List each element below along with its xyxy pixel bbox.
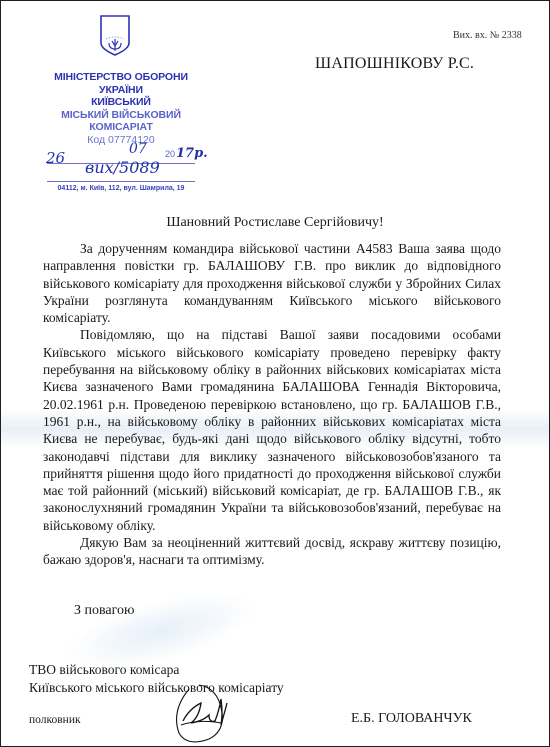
- handwritten-signature-icon: [169, 681, 239, 746]
- date-month: 07: [129, 141, 147, 157]
- salutation: Шановний Ростиславе Сергійовичу!: [1, 215, 549, 231]
- institution-code: Код 07774120: [41, 134, 201, 146]
- signer-title-line: ТВО військового комісара: [29, 661, 284, 679]
- letterhead-line: МІНІСТЕРСТВО ОБОРОНИ: [41, 71, 201, 84]
- signer-title-line: Київського міського військового комісарі…: [29, 679, 284, 697]
- registration-number: вих/5089: [85, 158, 160, 177]
- body-paragraph: За дорученням командира військової части…: [43, 240, 501, 326]
- letterhead-address: 04112, м. Київ, 112, вул. Шамрила, 19: [41, 185, 201, 192]
- letter-page: МІНІСТЕРСТВО ОБОРОНИ УКРАЇНИ КИЇВСЬКИЙ М…: [1, 1, 549, 746]
- letter-body: За дорученням командира військової части…: [43, 240, 501, 569]
- letterhead-line: УКРАЇНИ: [41, 84, 201, 97]
- body-paragraph: Повідомляю, що на підставі Вашої заяви п…: [43, 326, 501, 534]
- body-paragraph: Дякую Вам за неоціненний життєвий досвід…: [43, 534, 501, 569]
- letterhead-text: МІНІСТЕРСТВО ОБОРОНИ УКРАЇНИ КИЇВСЬКИЙ М…: [41, 71, 201, 146]
- stamp-divider: [47, 181, 195, 182]
- letterhead-line: МІСЬКИЙ ВІЙСЬКОВИЙ: [41, 109, 201, 122]
- signer-rank: полковник: [29, 714, 81, 726]
- date-year-prefix: 20: [165, 149, 175, 159]
- signer-title: ТВО військового комісара Київського місь…: [29, 661, 284, 697]
- date-and-number: 26 07 20 17р. вих/5089: [41, 145, 201, 185]
- signer-name: Е.Б. ГОЛОВАНЧУК: [351, 711, 472, 727]
- recipient: ШАПОШНІКОВУ Р.С.: [315, 55, 474, 73]
- date-day: 26: [46, 149, 65, 167]
- coat-of-arms-icon: [98, 13, 132, 57]
- letterhead-line: КОМІСАРІАТ: [41, 121, 201, 134]
- letterhead-line: КИЇВСЬКИЙ: [41, 96, 201, 109]
- closing: З повагою: [74, 603, 135, 619]
- date-year: 17р.: [176, 146, 208, 161]
- outgoing-reference: Вих. вх. № 2338: [453, 30, 522, 41]
